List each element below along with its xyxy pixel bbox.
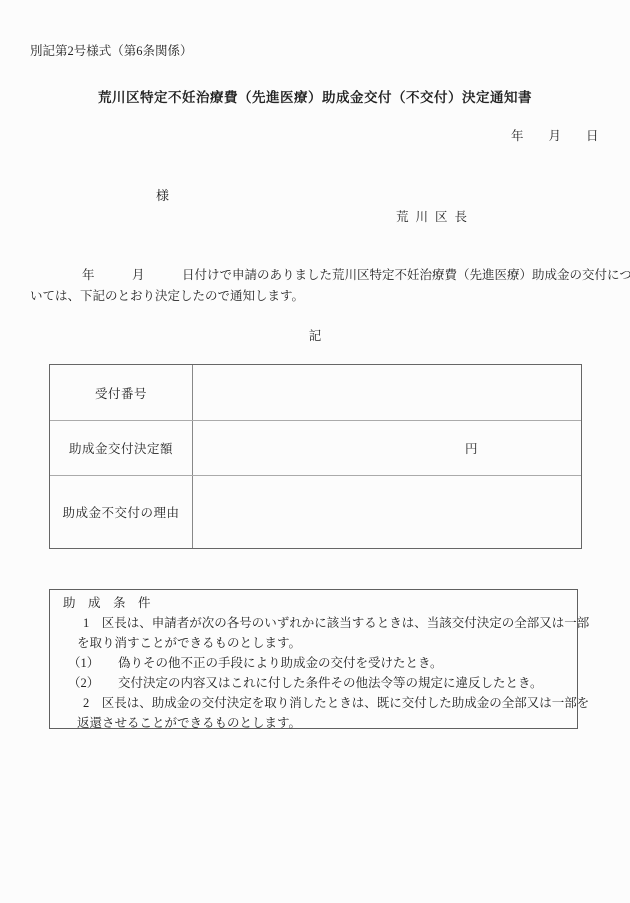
grant-conditions-box: 助 成 条 件 1 区長は、申請者が次の各号のいずれかに該当するときは、当該交付… <box>49 589 578 729</box>
addressee-suffix: 様 <box>156 185 169 204</box>
grant-amount-value-cell: 円 <box>193 421 581 475</box>
conditions-item-1-sub-2: （2） 交付決定の内容又はこれに付した条件その他法令等の規定に違反したとき。 <box>50 673 577 693</box>
form-number: 別記第2号様式（第6条関係） <box>30 41 193 59</box>
grant-amount-label: 助成金交付決定額 <box>50 421 193 475</box>
sender-title: 荒川区長 <box>396 207 474 225</box>
conditions-item-2-line-2: 返還させることができるものとします。 <box>50 713 577 733</box>
document-title: 荒川区特定不妊治療費（先進医療）助成金交付（不交付）決定通知書 <box>0 86 630 106</box>
decision-table: 受付番号 助成金交付決定額 円 助成金不交付の理由 <box>49 364 582 549</box>
denial-reason-label: 助成金不交付の理由 <box>50 476 193 548</box>
body-paragraph-line-1: 年 月 日付けで申請のありました荒川区特定不妊治療費（先進医療）助成金の交付につ <box>82 265 630 283</box>
yen-unit-label: 円 <box>465 439 478 457</box>
body-paragraph-line-2: いては、下記のとおり決定したので通知します。 <box>30 286 304 304</box>
document-page: 別記第2号様式（第6条関係） 荒川区特定不妊治療費（先進医療）助成金交付（不交付… <box>0 0 630 903</box>
record-mark: 記 <box>0 326 630 344</box>
conditions-heading: 助 成 条 件 <box>50 593 577 613</box>
receipt-number-label: 受付番号 <box>50 365 193 420</box>
date-blank-line: 年 月 日 <box>511 126 599 144</box>
table-row-grant-amount: 助成金交付決定額 円 <box>50 420 581 475</box>
receipt-number-value-cell <box>193 365 581 420</box>
conditions-item-2-line-1: 2 区長は、助成金の交付決定を取り消したときは、既に交付した助成金の全部又は一部… <box>50 693 577 713</box>
conditions-item-1-sub-1: （1） 偽りその他不正の手段により助成金の交付を受けたとき。 <box>50 653 577 673</box>
table-row-denial-reason: 助成金不交付の理由 <box>50 475 581 548</box>
denial-reason-value-cell <box>193 476 581 548</box>
conditions-item-1-line-1: 1 区長は、申請者が次の各号のいずれかに該当するときは、当該交付決定の全部又は一… <box>50 613 577 633</box>
table-row-receipt-number: 受付番号 <box>50 365 581 420</box>
conditions-item-1-line-2: を取り消すことができるものとします。 <box>50 633 577 653</box>
